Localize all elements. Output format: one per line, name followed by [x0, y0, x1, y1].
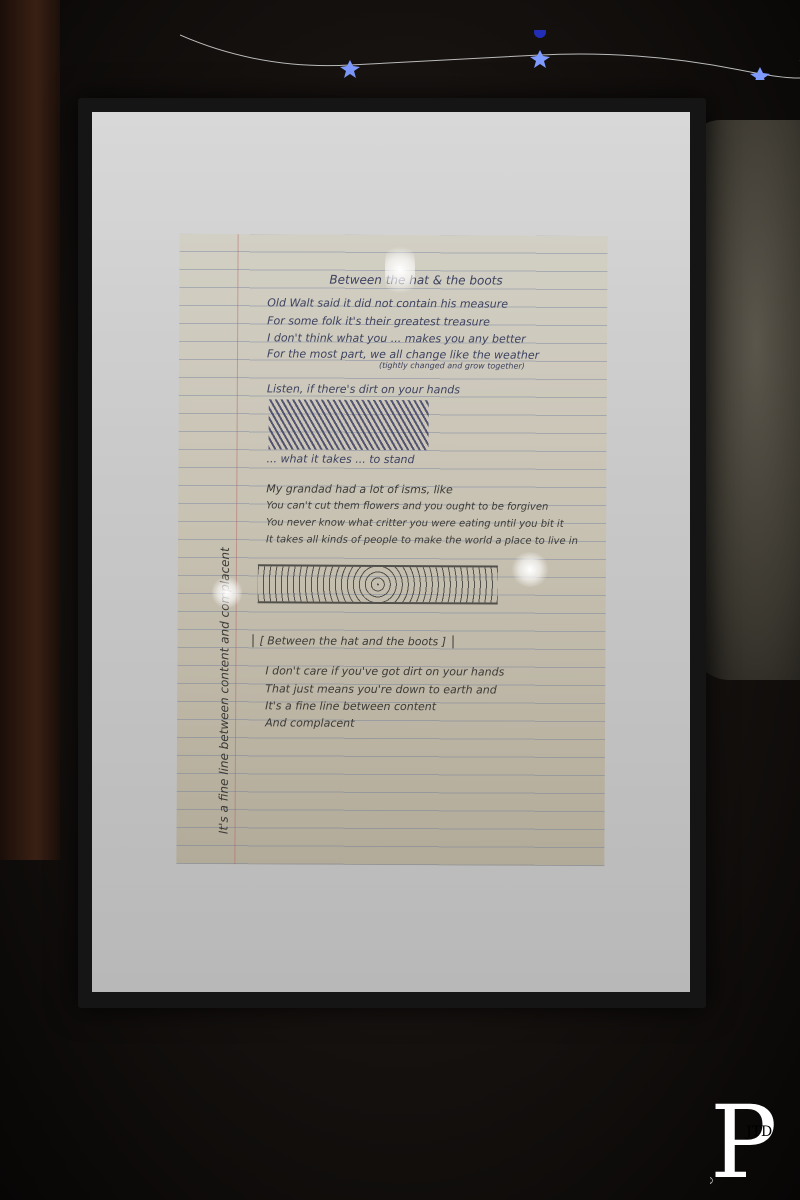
lyric-line: For the most part, we all change like th…	[267, 347, 539, 361]
lyric-line: ... what it takes ... to stand	[266, 452, 414, 466]
lyric-line: And complacent	[265, 716, 354, 729]
lyric-line: My grandad had a lot of isms, like	[266, 482, 453, 496]
lyric-line: Listen, if there's dirt on your hands	[267, 382, 460, 396]
lyric-line: You can't cut them flowers and you ought…	[266, 500, 548, 512]
hanging-jacket	[690, 120, 800, 680]
scribbled-out-text	[269, 399, 429, 450]
wooden-edge	[0, 0, 60, 860]
lyrics-paper: Between the hat & the boots Old Walt sai…	[176, 234, 607, 866]
lyric-line: Old Walt said it did not contain his mea…	[267, 296, 508, 310]
svg-text:©: ©	[710, 1176, 714, 1187]
lyric-line: For some folk it's their greatest treasu…	[267, 314, 490, 328]
light-glare	[385, 240, 415, 300]
photographer-watermark-icon: P JTD ©	[710, 1092, 790, 1187]
scribbled-out-text	[258, 564, 498, 604]
chorus-label: [ Between the hat and the boots ]	[252, 634, 453, 648]
lyric-line: I don't think what you ... makes you any…	[267, 331, 526, 345]
lyric-line: You never know what critter you were eat…	[266, 517, 564, 530]
light-glare	[510, 552, 550, 587]
lyric-line: That just means you're down to earth and	[265, 682, 497, 696]
svg-text:JTD: JTD	[744, 1124, 772, 1140]
light-glare	[212, 575, 242, 610]
lyric-note: (tightly changed and grow together)	[379, 361, 525, 371]
lyric-line: It takes all kinds of people to make the…	[266, 534, 578, 547]
paper-margin-line	[234, 234, 238, 864]
lyric-line: I don't care if you've got dirt on your …	[265, 664, 504, 678]
string-lights-icon	[180, 30, 800, 80]
lyric-line: It's a fine line between content	[265, 699, 436, 713]
song-title: Between the hat & the boots	[329, 273, 502, 288]
